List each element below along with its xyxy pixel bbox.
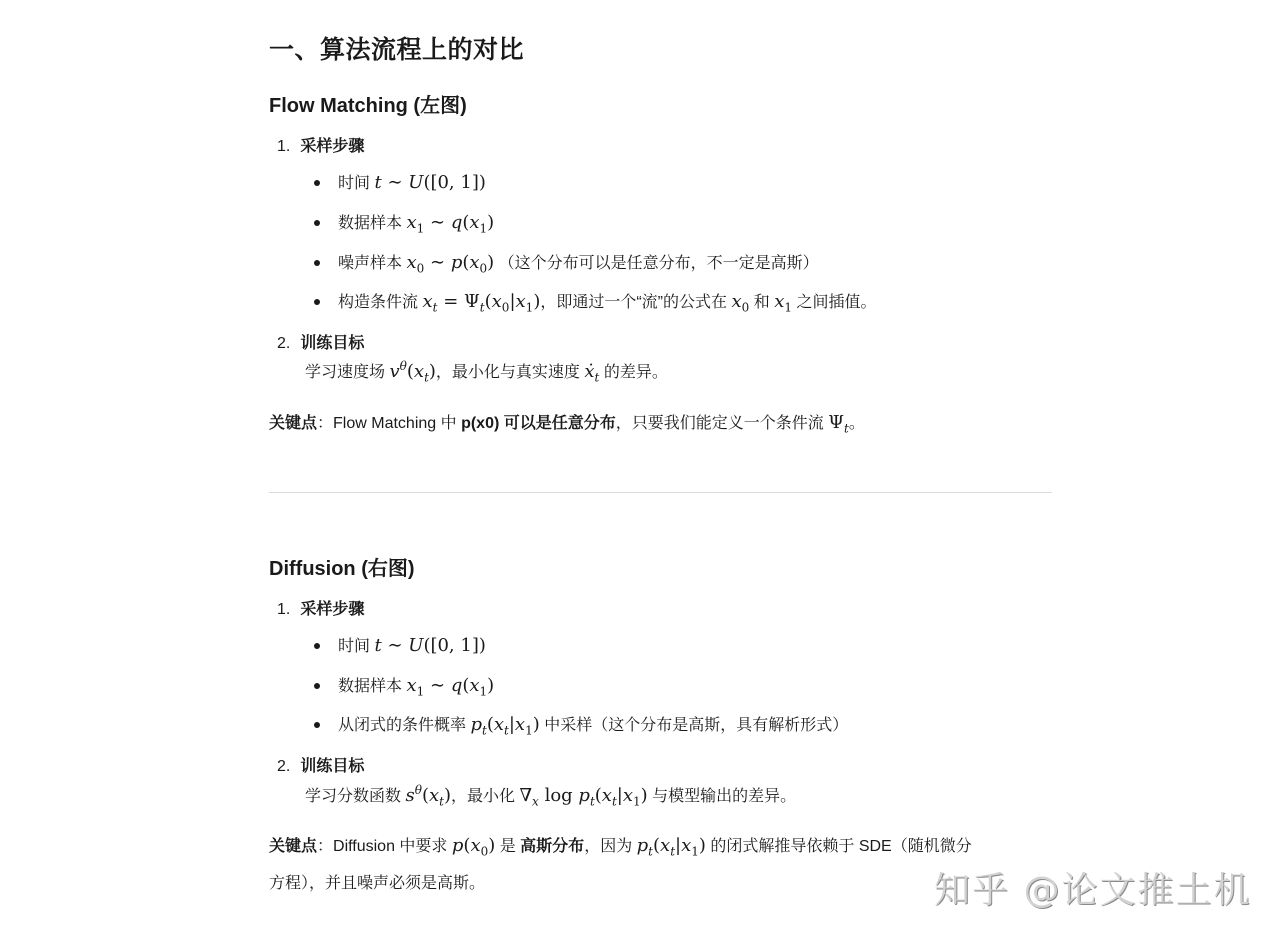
bullet-icon bbox=[314, 722, 320, 728]
bullet-icon bbox=[314, 299, 320, 305]
bullet-icon bbox=[314, 643, 320, 649]
key-point-flow-matching: 关键点：Flow Matching 中 p(x0) 可以是任意分布，只要我们能定… bbox=[269, 407, 865, 445]
list-item: 时间 t ∼ U([0, 1]) bbox=[314, 170, 486, 193]
list-item-training-objective: 2.训练目标 bbox=[277, 330, 364, 353]
objective-text: 学习分数函数 sθ(xt)，最小化 ∇x log pt(xt|x1) 与模型输出… bbox=[305, 783, 796, 809]
math-formula: t ∼ U([0, 1]) bbox=[374, 172, 485, 193]
math-formula: xt = Ψt(x0|x1) bbox=[422, 291, 540, 312]
list-item: 数据样本 x1 ∼ q(x1) bbox=[314, 210, 494, 236]
list-item: 从闭式的条件概率 pt(xt|x1) 中采样（这个分布是高斯，具有解析形式） bbox=[314, 712, 848, 738]
bullet-icon bbox=[314, 180, 320, 186]
section-heading-diffusion: Diffusion (右图) bbox=[269, 552, 415, 581]
section-heading-flow-matching: Flow Matching (左图) bbox=[269, 89, 467, 118]
bullet-icon bbox=[314, 260, 320, 266]
list-item-training-objective: 2.训练目标 bbox=[277, 753, 364, 776]
bullet-icon bbox=[314, 683, 320, 689]
list-item: 数据样本 x1 ∼ q(x1) bbox=[314, 673, 494, 699]
key-point-diffusion: 关键点：Diffusion 中要求 p(x0) 是 高斯分布，因为 pt(xt|… bbox=[269, 830, 972, 900]
list-item: 构造条件流 xt = Ψt(x0|x1)，即通过一个“流”的公式在 x0 和 x… bbox=[314, 289, 876, 315]
page-title: 一、算法流程上的对比 bbox=[269, 30, 524, 66]
list-item: 时间 t ∼ U([0, 1]) bbox=[314, 633, 486, 656]
list-item-sampling-steps: 1.采样步骤 bbox=[277, 596, 364, 619]
objective-text: 学习速度场 vθ(xt)，最小化与真实速度 ẋt 的差异。 bbox=[305, 359, 668, 385]
watermark: 知乎 @论文推土机 bbox=[934, 862, 1251, 913]
math-formula: x1 ∼ q(x1) bbox=[406, 212, 494, 233]
section-divider bbox=[269, 492, 1052, 493]
list-item-sampling-steps: 1.采样步骤 bbox=[277, 133, 364, 156]
math-formula: x0 ∼ p(x0) bbox=[406, 252, 494, 273]
bullet-icon bbox=[314, 220, 320, 226]
list-item: 噪声样本 x0 ∼ p(x0) （这个分布可以是任意分布，不一定是高斯） bbox=[314, 250, 819, 276]
